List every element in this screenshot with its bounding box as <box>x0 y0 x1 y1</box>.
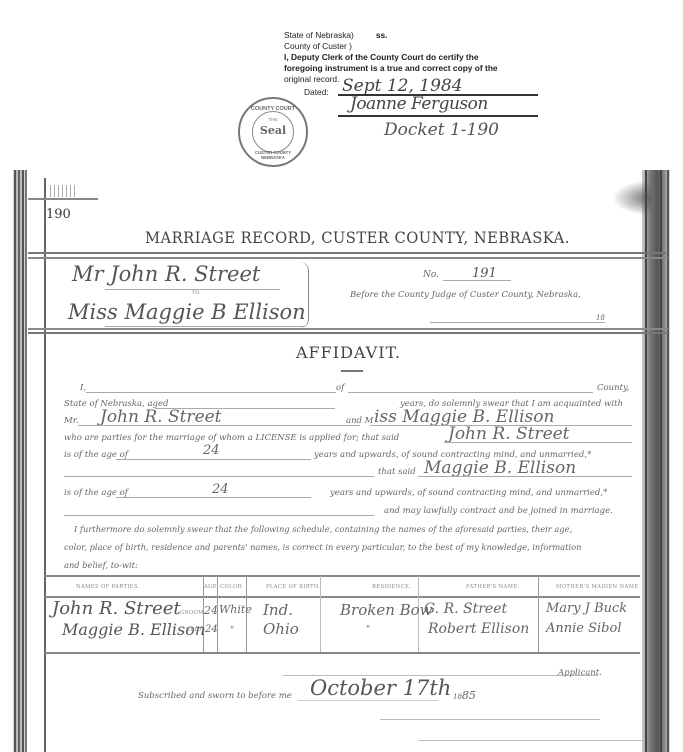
applicant-label: Applicant. <box>558 668 602 678</box>
record-title: MARRIAGE RECORD, CUSTER COUNTY, NEBRASKA… <box>145 228 570 247</box>
sworn-date-rule <box>298 700 438 701</box>
cert-clerk-line: I, Deputy Clerk of the County Court do c… <box>284 52 498 63</box>
left-margin-line <box>44 178 46 752</box>
row-residence: " <box>366 625 370 635</box>
groom-heading: Mr John R. Street <box>72 262 260 286</box>
cert-ss: ss. <box>376 30 388 40</box>
names-brace <box>300 262 309 328</box>
top-edge-hatch <box>50 185 78 197</box>
col-header-age: AGE. <box>204 584 219 590</box>
cert-instrument-line: foregoing instrument is a true and corre… <box>284 63 498 74</box>
row-color: White <box>219 603 252 616</box>
left-binding-line-2 <box>18 170 20 752</box>
col-header-residence: RESIDENCE. <box>372 584 411 590</box>
col-header-names: NAMES OF PARTIES. <box>76 584 140 590</box>
sworn-date: October 17th <box>310 676 451 700</box>
affidavit-ornament <box>341 370 363 372</box>
col-header-father: FATHER'S NAME. <box>466 584 520 590</box>
aff-line5-age-value: 24 <box>203 443 220 458</box>
before-judge-line: Before the County Judge of Custer County… <box>350 290 581 300</box>
aff-line1-rule-a <box>86 392 336 393</box>
row-father: G. R. Street <box>424 601 507 617</box>
row-birthplace: Ohio <box>263 620 299 638</box>
row-mother: Annie Sibol <box>546 621 622 636</box>
left-binding-line-3 <box>22 170 24 752</box>
cert-signature-rule <box>338 115 538 117</box>
subscribed-label: Subscribed and sworn to before me <box>138 691 292 701</box>
aff-line1-of: of <box>336 383 344 393</box>
table-bottom-rule <box>44 652 640 654</box>
col-sep-mother <box>538 576 539 652</box>
row-birthplace: Ind. <box>263 601 293 619</box>
aff-line8-tail: and may lawfully contract and be joined … <box>384 506 613 516</box>
page-number: 190 <box>46 207 71 222</box>
aff-line3-mr: Mr. <box>64 416 79 426</box>
seal-center-text: Seal <box>250 124 296 137</box>
bride-heading: Miss Maggie B Ellison <box>68 300 306 324</box>
date-rule <box>430 322 605 323</box>
aff-groom-name: John R. Street <box>100 407 222 427</box>
no-label: No. <box>423 270 439 280</box>
row-residence: Broken Bow <box>340 601 433 619</box>
aff-line4-rule <box>444 442 632 443</box>
row-name: John R. Street <box>52 598 181 619</box>
aff-line7-age-value: 24 <box>212 482 229 497</box>
top-edge-line <box>28 198 98 200</box>
col-header-birthplace: PLACE OF BIRTH. <box>266 584 321 590</box>
county-seal: COUNTY COURT THE Seal CUSTER COUNTY NEBR… <box>238 97 308 167</box>
aff-line6-rule-a <box>64 476 374 477</box>
cert-dated-label: Dated: <box>304 87 329 98</box>
cert-dated-value: Sept 12, 1984 <box>342 76 463 96</box>
aff-para-line1: I furthermore do solemnly swear that the… <box>74 524 572 534</box>
cert-state-line: State of Nebraska)ss. <box>284 30 498 41</box>
aff-para-line2: color, place of birth, residence and par… <box>64 542 581 552</box>
table-top-rule <box>44 575 640 577</box>
bride-heading-rule <box>105 326 305 327</box>
to-label: TO <box>192 290 199 296</box>
aff-para-line3: and belief, to-wit: <box>64 560 138 570</box>
seal-middle-text: THE <box>250 117 296 122</box>
aff-line1-rule-b <box>348 392 593 393</box>
title-rule-top <box>28 252 668 254</box>
row-age: 24 <box>204 604 218 617</box>
judge-rule <box>380 719 600 720</box>
affidavit-heading: AFFIDAVIT. <box>296 343 401 362</box>
row-age: 24 <box>205 624 218 635</box>
row-mother: Mary J Buck <box>546 601 627 616</box>
left-binding-line-4 <box>25 170 27 752</box>
aff-line1-county: County, <box>597 383 629 393</box>
cert-signature: Joanne Ferguson <box>350 94 488 114</box>
seal-top-text: COUNTY COURT <box>250 106 296 112</box>
aff-line7-tail: years and upwards, of sound contracting … <box>330 488 607 498</box>
aff-line4-text: who are parties for the marriage of whom… <box>64 433 399 443</box>
row-role: GROOM <box>180 610 204 616</box>
names-bottom-rule <box>28 332 668 334</box>
aff-line6-rule-b <box>418 476 632 477</box>
title-rule-bottom <box>28 257 668 259</box>
aff-line8-rule <box>64 515 374 516</box>
aff-line3-rule-a <box>78 425 360 426</box>
aff-line6-name: Maggie B. Ellison <box>424 458 576 478</box>
seal-bottom-text: CUSTER COUNTY NEBRASKA <box>244 150 302 160</box>
aff-line4-name: John R. Street <box>448 424 570 444</box>
cert-docket: Docket 1-190 <box>384 120 499 140</box>
left-binding-line-1 <box>14 170 16 752</box>
names-bottom-rule-top <box>28 328 668 330</box>
row-father: Robert Ellison <box>428 621 529 637</box>
aff-line6-that: that said <box>378 467 416 477</box>
year-label: 18 <box>596 314 605 322</box>
row-role: BRIDE <box>186 627 206 633</box>
aff-line7-rule <box>116 497 311 498</box>
cert-county-line: County of Custer ) <box>284 41 498 52</box>
row-color: " <box>230 626 234 636</box>
col-header-mother: MOTHER'S MAIDEN NAME <box>556 584 639 590</box>
col-header-color: COLOR. <box>220 584 244 590</box>
no-value: 191 <box>472 266 497 281</box>
sworn-year: 1885 <box>453 689 476 702</box>
aff-line5-rule <box>116 459 311 460</box>
bottom-rule <box>418 740 643 741</box>
no-rule <box>443 280 511 281</box>
row-name: Maggie B. Ellison <box>62 620 205 639</box>
